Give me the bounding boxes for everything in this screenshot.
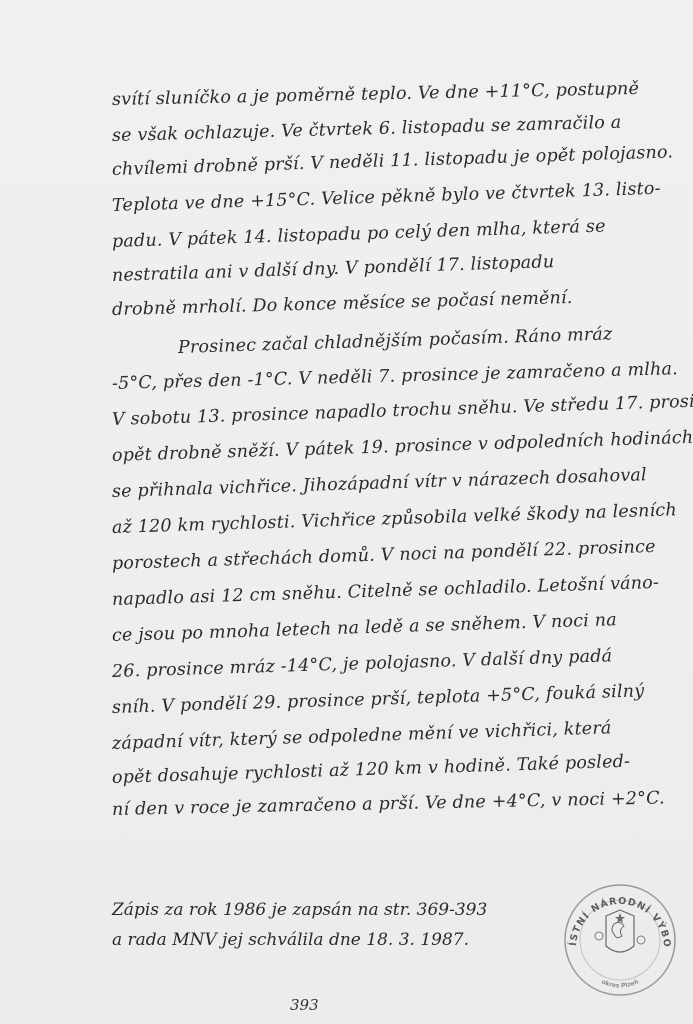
text-line: ní den v roce je zamračeno a prší. Ve dn… [112,789,632,820]
text-line: Teplota ve dne +15°C. Velice pěkně bylo … [112,180,632,216]
text-line: západní vítr, který se odpoledne mění ve… [112,718,632,754]
svg-text:★ MÍSTNÍ NÁRODNÍ VÝBOR ★: ★ MÍSTNÍ NÁRODNÍ VÝBOR ★ [560,880,672,949]
text-line: napadlo asi 12 cm sněhu. Citelně se ochl… [112,574,632,610]
text-line: ce jsou po mnoha letech na ledě a se sně… [112,610,632,646]
text-line: sníh. V pondělí 29. prosince prší, teplo… [112,682,632,718]
text-line: V sobotu 13. prosince napadlo trochu sně… [112,394,632,430]
text-line: 26. prosince mráz -14°C, je polojasno. V… [112,646,632,682]
text-line: opět dosahuje rychlosti až 120 km v hodi… [112,752,632,788]
text-line: nestratila ani v další dny. V pondělí 17… [112,250,632,286]
page-number: 393 [290,996,319,1014]
text-line: drobně mrholí. Do konce měsíce se počasí… [112,286,632,320]
paragraph-start-line: Prosinec začal chladnějším počasím. Ráno… [178,324,638,358]
document-page: svítí sluníčko a je poměrně teplo. Ve dn… [0,0,693,1024]
text-line: svítí sluníčko a je poměrně teplo. Ve dn… [112,79,632,110]
text-line: až 120 km rychlosti. Vichřice způsobila … [112,502,632,538]
text-line: se přihnala vichřice. Jihozápadní vítr v… [112,466,632,502]
stamp-seal-icon: ★ MÍSTNÍ NÁRODNÍ VÝBOR ★ okres Plzeň [560,880,680,1000]
text-line: padu. V pátek 14. listopadu po celý den … [112,216,632,252]
text-line: se však ochlazuje. Ve čtvrtek 6. listopa… [112,112,632,146]
text-line: porostech a střechách domů. V noci na po… [112,538,632,574]
official-stamp: ★ MÍSTNÍ NÁRODNÍ VÝBOR ★ okres Plzeň [560,880,680,1000]
text-line: opět drobně sněží. V pátek 19. prosince … [112,430,632,466]
text-line: -5°C, přes den -1°C. V neděli 7. prosinc… [112,360,632,394]
closing-note-line: a rada MNV jej schválila dne 18. 3. 1987… [112,930,469,950]
text-line: chvílemi drobně prší. V neděli 11. listo… [112,144,632,180]
closing-note-line: Zápis za rok 1986 je zapsán na str. 369-… [112,900,487,920]
